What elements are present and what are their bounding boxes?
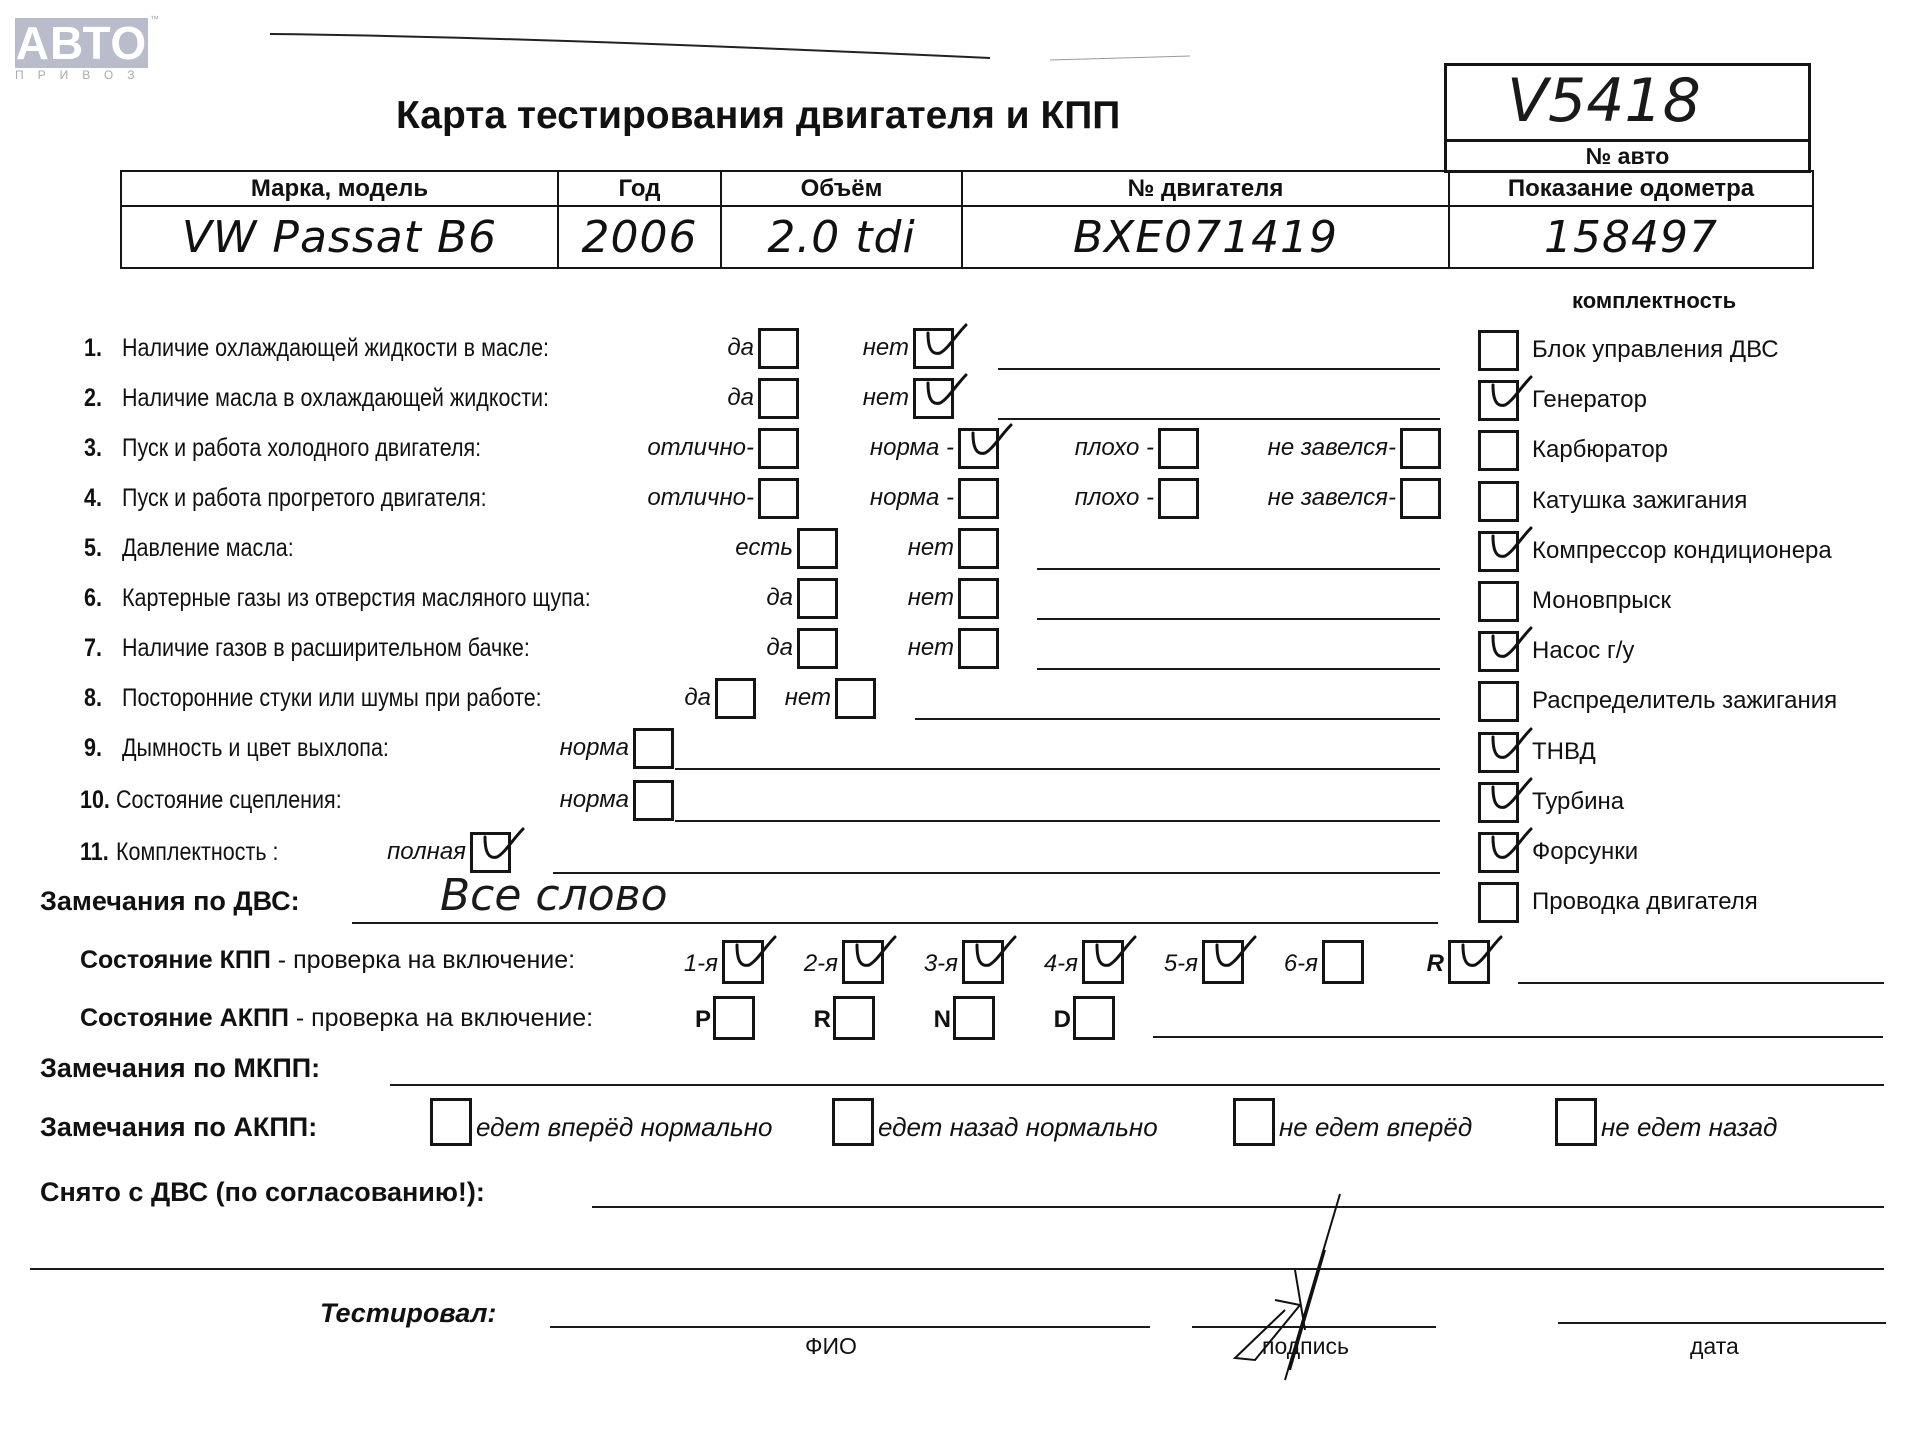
auto-gear-checkbox-R[interactable] <box>833 996 875 1040</box>
manual-gear-checkbox-6-я[interactable] <box>1322 940 1364 984</box>
checklist-option-checkbox[interactable] <box>1400 478 1441 519</box>
completeness-item-label: Блок управления ДВС <box>1532 336 1779 364</box>
checkmark-icon <box>729 931 777 979</box>
checklist-option-label: нет <box>908 534 954 562</box>
completeness-item-label: Насос г/у <box>1532 637 1634 665</box>
completeness-checkbox[interactable] <box>1478 330 1519 371</box>
akpp-option-checkbox[interactable] <box>1555 1098 1597 1146</box>
checklist-option-label: полная <box>387 838 466 866</box>
manual-gear-checkbox-4-я[interactable] <box>1082 940 1124 984</box>
logo-subtitle: ПРИВОЗ <box>15 68 155 82</box>
col-year: Год <box>558 171 721 206</box>
manual-gear-label: 6-я <box>1284 950 1318 978</box>
mkpp-remarks-line[interactable] <box>390 1084 1884 1086</box>
auto-number-label: № авто <box>1447 143 1808 170</box>
checklist-item-label: Пуск и работа прогретого двигателя: <box>122 484 487 513</box>
manual-gear-label: 5-я <box>1164 950 1198 978</box>
completeness-item-label: Генератор <box>1532 386 1647 414</box>
checklist-item-remarks-line[interactable] <box>1037 668 1440 670</box>
checklist-item-number: 3. <box>84 434 102 463</box>
engine-remarks-value[interactable]: Все слово <box>440 870 668 921</box>
checklist-item-label: Наличие охлаждающей жидкости в масле: <box>122 334 549 363</box>
checkmark-icon <box>1485 622 1533 670</box>
checkmark-icon <box>920 319 968 367</box>
completeness-item-label: Карбюратор <box>1532 436 1668 464</box>
auto-gear-checkbox-N[interactable] <box>953 996 995 1040</box>
checklist-item-remarks-line[interactable] <box>675 768 1440 770</box>
checklist-item-number: 10. <box>80 786 110 815</box>
fio-line[interactable] <box>550 1326 1150 1328</box>
date-line[interactable] <box>1558 1322 1886 1324</box>
completeness-checkbox[interactable] <box>1478 832 1519 873</box>
auto-gearbox-line <box>1153 1036 1883 1038</box>
manual-gear-label: 1-я <box>684 950 718 978</box>
checklist-option-label: норма - <box>870 484 954 512</box>
checklist-option-checkbox[interactable] <box>633 780 674 821</box>
checklist-option-label: нет <box>908 634 954 662</box>
completeness-item-label: Компрессор кондиционера <box>1532 537 1832 565</box>
auto-gear-label: D <box>1054 1006 1071 1034</box>
checklist-item-remarks-line[interactable] <box>553 872 1440 874</box>
manual-gear-label: 2-я <box>804 950 838 978</box>
completeness-checkbox[interactable] <box>1478 481 1519 522</box>
checklist-item-label: Давление масла: <box>122 534 294 563</box>
completeness-checkbox[interactable] <box>1478 430 1519 471</box>
checkmark-icon <box>1485 823 1533 871</box>
checklist-option-label: плохо - <box>1075 434 1154 462</box>
checklist-item-remarks-line[interactable] <box>998 368 1440 370</box>
removed-line-2[interactable] <box>30 1268 1884 1270</box>
akpp-option-checkbox[interactable] <box>430 1098 472 1146</box>
akpp-option-label: не едет вперёд <box>1279 1112 1472 1143</box>
signature-scribble <box>1215 1190 1355 1390</box>
checklist-option-checkbox[interactable] <box>1158 428 1199 469</box>
auto-gear-checkbox-P[interactable] <box>713 996 755 1040</box>
checklist-option-checkbox[interactable] <box>758 428 799 469</box>
vehicle-info-table: Марка, модель Год Объём № двигателя Пока… <box>120 170 1814 269</box>
checklist-item-label: Состояние сцепления: <box>116 786 342 815</box>
auto-number-value[interactable]: V5418 <box>1507 66 1701 136</box>
checklist-item-label: Посторонние стуки или шумы при работе: <box>122 684 542 713</box>
checklist-option-checkbox[interactable] <box>958 578 999 619</box>
manual-gearbox-label-bold: Состояние КПП <box>80 946 271 974</box>
col-odometer: Показание одометра <box>1449 171 1813 206</box>
completeness-item-label: Распределитель зажигания <box>1532 687 1837 715</box>
checklist-option-label: да <box>766 634 793 662</box>
checkmark-icon <box>1089 931 1137 979</box>
auto-gear-label: P <box>695 1006 711 1034</box>
checklist-option-label: отлично- <box>647 434 754 462</box>
completeness-checkbox[interactable] <box>1478 581 1519 622</box>
checklist-option-label: отлично- <box>647 484 754 512</box>
auto-gear-label: N <box>934 1006 951 1034</box>
engine-number-value[interactable]: BXE071419 <box>962 206 1449 268</box>
checklist-option-checkbox[interactable] <box>715 678 756 719</box>
col-engine-number: № двигателя <box>962 171 1449 206</box>
checklist-option-label: норма <box>560 786 629 814</box>
completeness-checkbox[interactable] <box>1478 631 1519 672</box>
manual-gearbox-label: Состояние КПП - проверка на включение: <box>80 946 575 975</box>
checklist-item-remarks-line[interactable] <box>1037 618 1440 620</box>
checklist-option-checkbox[interactable] <box>958 478 999 519</box>
checkmark-icon <box>1209 931 1257 979</box>
checklist-item-remarks-line[interactable] <box>915 718 1440 720</box>
checklist-item-label: Комплектность : <box>116 838 278 867</box>
completeness-item-label: Моновпрыск <box>1532 587 1671 615</box>
checklist-item-label: Пуск и работа холодного двигателя: <box>122 434 481 463</box>
checklist-option-label: не завелся- <box>1268 484 1396 512</box>
checklist-option-label: плохо - <box>1075 484 1154 512</box>
engine-remarks-line <box>352 922 1438 924</box>
completeness-checkbox[interactable] <box>1478 681 1519 722</box>
checklist-item-number: 7. <box>84 634 102 663</box>
col-volume: Объём <box>721 171 962 206</box>
checklist-option-label: нет <box>863 334 909 362</box>
completeness-checkbox[interactable] <box>1478 882 1519 923</box>
checkmark-icon <box>849 931 897 979</box>
manual-gearbox-line <box>1518 982 1884 984</box>
auto-gearbox-label-rest: - проверка на включение: <box>289 1004 593 1032</box>
checklist-item-label: Дымность и цвет выхлопа: <box>122 734 389 763</box>
checklist-item-remarks-line[interactable] <box>1037 568 1440 570</box>
checklist-item-label: Наличие газов в расширительном бачке: <box>122 634 530 663</box>
manual-gearbox-label-rest: - проверка на включение: <box>271 946 575 974</box>
completeness-item-label: ТНВД <box>1532 738 1596 766</box>
checklist-item-label: Наличие масла в охлаждающей жидкости: <box>122 384 549 413</box>
checkmark-icon <box>920 369 968 417</box>
checklist-option-label: есть <box>735 534 793 562</box>
completeness-item-label: Катушка зажигания <box>1532 487 1747 515</box>
completeness-item-label: Проводка двигателя <box>1532 888 1758 916</box>
checklist-option-label: да <box>727 334 754 362</box>
page-title: Карта тестирования двигателя и КПП <box>396 94 1120 138</box>
manual-gear-checkbox-1-я[interactable] <box>722 940 764 984</box>
auto-gearbox-label-bold: Состояние АКПП <box>80 1004 289 1032</box>
checkmark-icon <box>1485 723 1533 771</box>
checklist-item-number: 11. <box>80 838 109 867</box>
auto-number-box: V5418 № авто <box>1444 63 1811 173</box>
checkmark-icon <box>1485 371 1533 419</box>
mkpp-remarks-label: Замечания по МКПП: <box>40 1053 320 1084</box>
checklist-option-label: не завелся- <box>1268 434 1396 462</box>
checklist-item-number: 8. <box>84 684 102 713</box>
checklist-option-label: да <box>684 684 711 712</box>
top-divider-line <box>270 30 1190 70</box>
logo: АВТО <box>15 18 148 68</box>
completeness-checkbox[interactable] <box>1478 782 1519 823</box>
akpp-option-label: едет вперёд нормально <box>476 1112 772 1143</box>
checklist-item-remarks-line[interactable] <box>998 418 1440 420</box>
engine-remarks-label: Замечания по ДВС: <box>40 886 300 917</box>
completeness-checkbox[interactable] <box>1478 531 1519 572</box>
checklist-option-checkbox[interactable] <box>470 832 511 873</box>
checklist-option-checkbox[interactable] <box>1158 478 1199 519</box>
date-caption: дата <box>1690 1333 1739 1360</box>
checklist-option-label: норма - <box>870 434 954 462</box>
manual-gear-label: 4-я <box>1044 950 1078 978</box>
checklist-option-checkbox[interactable] <box>958 628 999 669</box>
odometer-value[interactable]: 158497 <box>1449 206 1813 268</box>
checklist-option-checkbox[interactable] <box>797 578 838 619</box>
checklist-option-label: нет <box>785 684 831 712</box>
checklist-item-label: Картерные газы из отверстия масляного щу… <box>122 584 591 613</box>
checklist-option-label: нет <box>863 384 909 412</box>
checklist-item-number: 6. <box>84 584 102 613</box>
removed-label: Снято с ДВС (по согласованию!): <box>40 1177 485 1208</box>
completeness-checkbox[interactable] <box>1478 380 1519 421</box>
checklist-option-checkbox[interactable] <box>758 378 799 419</box>
checklist-option-checkbox[interactable] <box>797 628 838 669</box>
col-make-model: Марка, модель <box>121 171 558 206</box>
checklist-option-checkbox[interactable] <box>758 478 799 519</box>
completeness-title: комплектность <box>1572 288 1736 314</box>
manual-gear-checkbox-2-я[interactable] <box>842 940 884 984</box>
checklist-item-number: 2. <box>84 384 102 413</box>
checklist-option-checkbox[interactable] <box>758 328 799 369</box>
tested-by-label: Тестировал: <box>320 1298 496 1329</box>
akpp-option-checkbox[interactable] <box>832 1098 874 1146</box>
checkmark-icon <box>965 419 1013 467</box>
manual-gear-checkbox-3-я[interactable] <box>962 940 1004 984</box>
checklist-option-checkbox[interactable] <box>835 678 876 719</box>
checklist-option-checkbox[interactable] <box>913 328 954 369</box>
year-value[interactable]: 2006 <box>558 206 721 268</box>
checklist-option-label: норма <box>560 734 629 762</box>
checklist-item-number: 4. <box>84 484 102 513</box>
make-model-value[interactable]: VW Passat B6 <box>121 206 558 268</box>
checklist-option-label: да <box>766 584 793 612</box>
checklist-option-checkbox[interactable] <box>633 728 674 769</box>
checkmark-icon <box>1485 522 1533 570</box>
checklist-option-checkbox[interactable] <box>958 428 999 469</box>
manual-gear-label: 3-я <box>924 950 958 978</box>
manual-gear-checkbox-R[interactable] <box>1448 940 1490 984</box>
checkmark-icon <box>1485 773 1533 821</box>
checklist-option-checkbox[interactable] <box>1400 428 1441 469</box>
akpp-option-label: не едет назад <box>1601 1112 1777 1143</box>
checklist-option-label: да <box>727 384 754 412</box>
checklist-item-number: 1. <box>84 334 102 363</box>
checklist-item-remarks-line[interactable] <box>675 820 1440 822</box>
checklist-option-checkbox[interactable] <box>913 378 954 419</box>
checklist-item-number: 5. <box>84 534 102 563</box>
checklist-item-number: 9. <box>84 734 102 763</box>
completeness-item-label: Форсунки <box>1532 838 1638 866</box>
completeness-item-label: Турбина <box>1532 788 1624 816</box>
checkmark-icon <box>477 823 525 871</box>
checklist-option-checkbox[interactable] <box>797 528 838 569</box>
checkmark-icon <box>1455 931 1503 979</box>
checklist-option-label: нет <box>908 584 954 612</box>
auto-gear-checkbox-D[interactable] <box>1073 996 1115 1040</box>
manual-gear-label: R <box>1427 950 1444 978</box>
auto-gear-label: R <box>814 1006 831 1034</box>
volume-value[interactable]: 2.0 tdi <box>721 206 962 268</box>
auto-gearbox-label: Состояние АКПП - проверка на включение: <box>80 1004 593 1033</box>
akpp-option-checkbox[interactable] <box>1233 1098 1275 1146</box>
akpp-option-label: едет назад нормально <box>878 1112 1158 1143</box>
checkmark-icon <box>969 931 1017 979</box>
completeness-checkbox[interactable] <box>1478 732 1519 773</box>
manual-gear-checkbox-5-я[interactable] <box>1202 940 1244 984</box>
checklist-option-checkbox[interactable] <box>958 528 999 569</box>
fio-caption: ФИО <box>805 1333 857 1360</box>
logo-tm: ™ <box>150 14 159 24</box>
akpp-remarks-label: Замечания по АКПП: <box>40 1112 317 1143</box>
